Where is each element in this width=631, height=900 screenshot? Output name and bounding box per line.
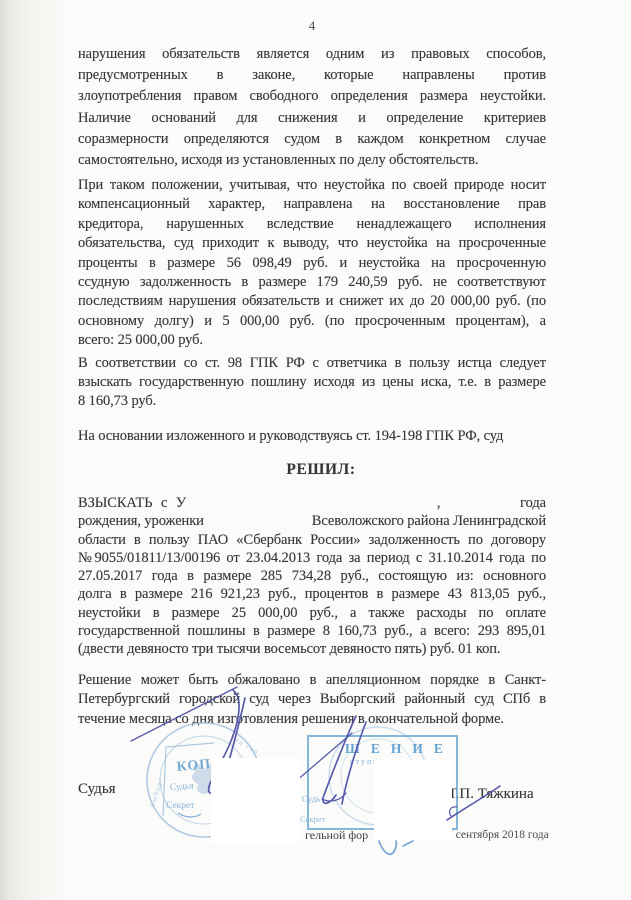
seal-emblem-eagle xyxy=(192,764,216,794)
text-line: Наличие оснований для снижения и определ… xyxy=(78,108,546,129)
text-line: самостоятельно, исходя из установленных … xyxy=(78,150,546,171)
text-line: последствиям нарушения обязательств и сн… xyxy=(78,292,546,311)
document-page: 4 нарушения обязательств является одним … xyxy=(0,0,631,900)
paragraph-intro: нарушения обязательств является одним из… xyxy=(78,44,546,171)
year-word: года xyxy=(520,494,546,512)
text-line: На основании изложенного и руководствуяс… xyxy=(78,427,546,446)
copy-stamp-judge-line: Судья xyxy=(170,781,195,793)
text-line: №9055/01811/13/00196 от 23.04.2013 года … xyxy=(78,549,546,567)
redaction-box-left xyxy=(211,758,300,843)
judge-signature-right xyxy=(267,716,366,806)
text-line: области в пользу ПАО «Сбербанк России» з… xyxy=(78,531,546,549)
stamp-text-fragment: гельной фор xyxy=(305,828,368,843)
paragraph-legal-basis: На основании изложенного и руководствуяс… xyxy=(78,427,546,446)
text-line: Петербургский городской суд через Выборг… xyxy=(78,690,546,709)
redaction-box-right xyxy=(374,760,452,841)
comma: , xyxy=(437,494,441,512)
page-number: 4 xyxy=(78,18,546,34)
text-line: В соответствии со ст. 98 ГПК РФ с ответч… xyxy=(78,354,546,373)
decision-stamp-title: ШЕНИЕ xyxy=(345,741,454,756)
seal-ring-text: суд гор xyxy=(230,733,261,757)
birth-lead: рождения, уроженки xyxy=(78,512,204,530)
paragraph-state-duty: В соответствии со ст. 98 ГПК РФ с ответч… xyxy=(78,354,546,411)
text-line: 8 160,73 руб. xyxy=(78,392,546,411)
birthplace: Всеволожского района Ленинградской xyxy=(312,512,546,530)
text-line: ссудную задолженность в размере 179 240,… xyxy=(78,273,546,292)
decision-entered-stamp: ШЕНИЕ ступило Судь Секрет xyxy=(300,727,457,829)
copy-stamp-secretary-line: Секрет xyxy=(166,801,195,811)
text-line: обязательства, суд приходит к выводу, чт… xyxy=(78,234,546,253)
text-line: соразмерности определяются судом в каждо… xyxy=(78,129,546,150)
check-mark-ink xyxy=(379,841,413,854)
scan-edge-shadow xyxy=(0,0,72,900)
stamp-secretary-fragment: Секрет xyxy=(300,814,326,824)
text-line: 27.05.2017 года в размере 285 734,28 руб… xyxy=(78,567,546,585)
decision-heading: РЕШИЛ: xyxy=(78,461,546,479)
paragraph-appeal: Решение может быть обжаловано в апелляци… xyxy=(78,671,546,729)
text-line: (двести девяносто три тысячи восемьсот д… xyxy=(78,640,546,658)
text-line: взыскать государственную пошлину исходя … xyxy=(78,373,546,392)
text-line: Решение может быть обжаловано в апелляци… xyxy=(78,671,546,690)
judge-label: Судья xyxy=(78,781,116,798)
date-note: 7 сентября 2018 года xyxy=(447,829,549,841)
text-line: нарушения обязательств является одним из… xyxy=(78,44,546,65)
text-line: основному долгу) и 5 000,00 руб. (по про… xyxy=(78,312,546,331)
text-line: компенсационный характер, направлена на … xyxy=(78,195,546,214)
decision-stamp-subtitle: ступило xyxy=(350,757,392,766)
text-line: государственной пошлины в размере 8 160,… xyxy=(78,622,546,640)
copy-stamp-text: КОП xyxy=(176,757,212,775)
text-line: предусмотренных в законе, которые направ… xyxy=(78,65,546,86)
judge-name: Т.П. Тяжкина xyxy=(448,786,534,803)
ruling-lead: ВЗЫСКАТЬ с У xyxy=(78,494,186,512)
text-line-redacted: ВЗЫСКАТЬ с У , года xyxy=(78,494,546,512)
text-line: злоупотребления правом свободного опреде… xyxy=(78,86,546,107)
text-line: проценты в размере 56 098,49 руб. и неус… xyxy=(78,254,546,273)
seal-ring-text: Выборг xyxy=(148,776,165,809)
copy-stamp-border xyxy=(163,743,214,816)
text-line: течение месяца со дня изготовления решен… xyxy=(78,710,546,729)
text-line: кредитора, нарушенных вследствие ненадле… xyxy=(78,215,546,234)
text-line: неустойки в размере 25 000,00 руб., а та… xyxy=(78,604,546,622)
paragraph-penalty-reduction: При таком положении, учитывая, что неуст… xyxy=(78,176,546,351)
court-round-seal: Выборг суд гор КОП Судья Секрет xyxy=(147,723,261,837)
stamp-judge-fragment: Судь xyxy=(302,793,321,804)
text-line: долга в размере 216 921,23 руб., процент… xyxy=(78,585,546,603)
paragraph-ruling: ВЗЫСКАТЬ с У , года рождения, уроженки В… xyxy=(78,494,546,659)
secretary-signature-squiggle xyxy=(178,813,201,817)
text-line-redacted: рождения, уроженки Всеволожского района … xyxy=(78,512,546,530)
text-line: При таком положении, учитывая, что неуст… xyxy=(78,176,546,195)
text-line: всего: 25 000,00 руб. xyxy=(78,331,546,350)
